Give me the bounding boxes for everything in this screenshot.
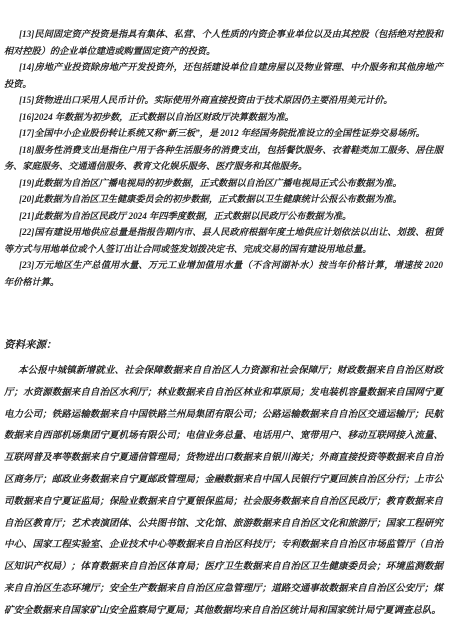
sources-heading: 资料来源： (4, 339, 443, 352)
footnote-14: [14]房地产业投资除房地产开发投资外，还包括建设单位自建房屋以及物业管理、中介… (4, 59, 443, 92)
footnote-23: [23]万元地区生产总值用水量、万元工业增加值用水量（不含河湖补水）按当年价格计… (4, 257, 443, 290)
sources-body: 本公报中城镇新增就业、社会保障数据来自自治区人力资源和社会保障厅；财政数据来自自… (4, 361, 443, 623)
footnote-13: [13]民间固定资产投资是指具有集体、私营、个人性质的内资企事业单位以及由其控股… (4, 26, 443, 59)
footnote-17: [17]全国中小企业股份转让系统又称“新三板”，是 2012 年经国务院批准设立… (4, 125, 443, 142)
footnote-22: [22]国有建设用地供应总量是指报告期内市、县人民政府根据年度土地供应计划依法以… (4, 224, 443, 257)
sources-section: 资料来源： 本公报中城镇新增就业、社会保障数据来自自治区人力资源和社会保障厅；财… (4, 339, 443, 623)
footnote-15: [15]货物进出口采用人民币计价。实际使用外商直接投资由于技术原因仍主要沿用美元… (4, 92, 443, 109)
footnote-18: [18]服务性消费支出是指住户用于各种生活服务的消费支出，包括餐饮服务、衣着鞋类… (4, 142, 443, 175)
footnotes-section: [13]民间固定资产投资是指具有集体、私营、个人性质的内资企事业单位以及由其控股… (4, 26, 443, 290)
footnote-21: [21]此数据为自治区民政厅 2024 年四季度数据，正式数据以民政厅公布数据为… (4, 208, 443, 225)
footnote-19: [19]此数据为自治区广播电视局的初步数据，正式数据以自治区广播电视局正式公布数… (4, 175, 443, 192)
footnote-16: [16]2024 年数据为初步数，正式数据以自治区财政厅决算数据为准。 (4, 109, 443, 126)
document-page: [13]民间固定资产投资是指具有集体、私营、个人性质的内资企事业单位以及由其控股… (0, 0, 458, 629)
footnote-20: [20]此数据为自治区卫生健康委员会的初步数据，正式数据以卫生健康统计公报公布数… (4, 191, 443, 208)
